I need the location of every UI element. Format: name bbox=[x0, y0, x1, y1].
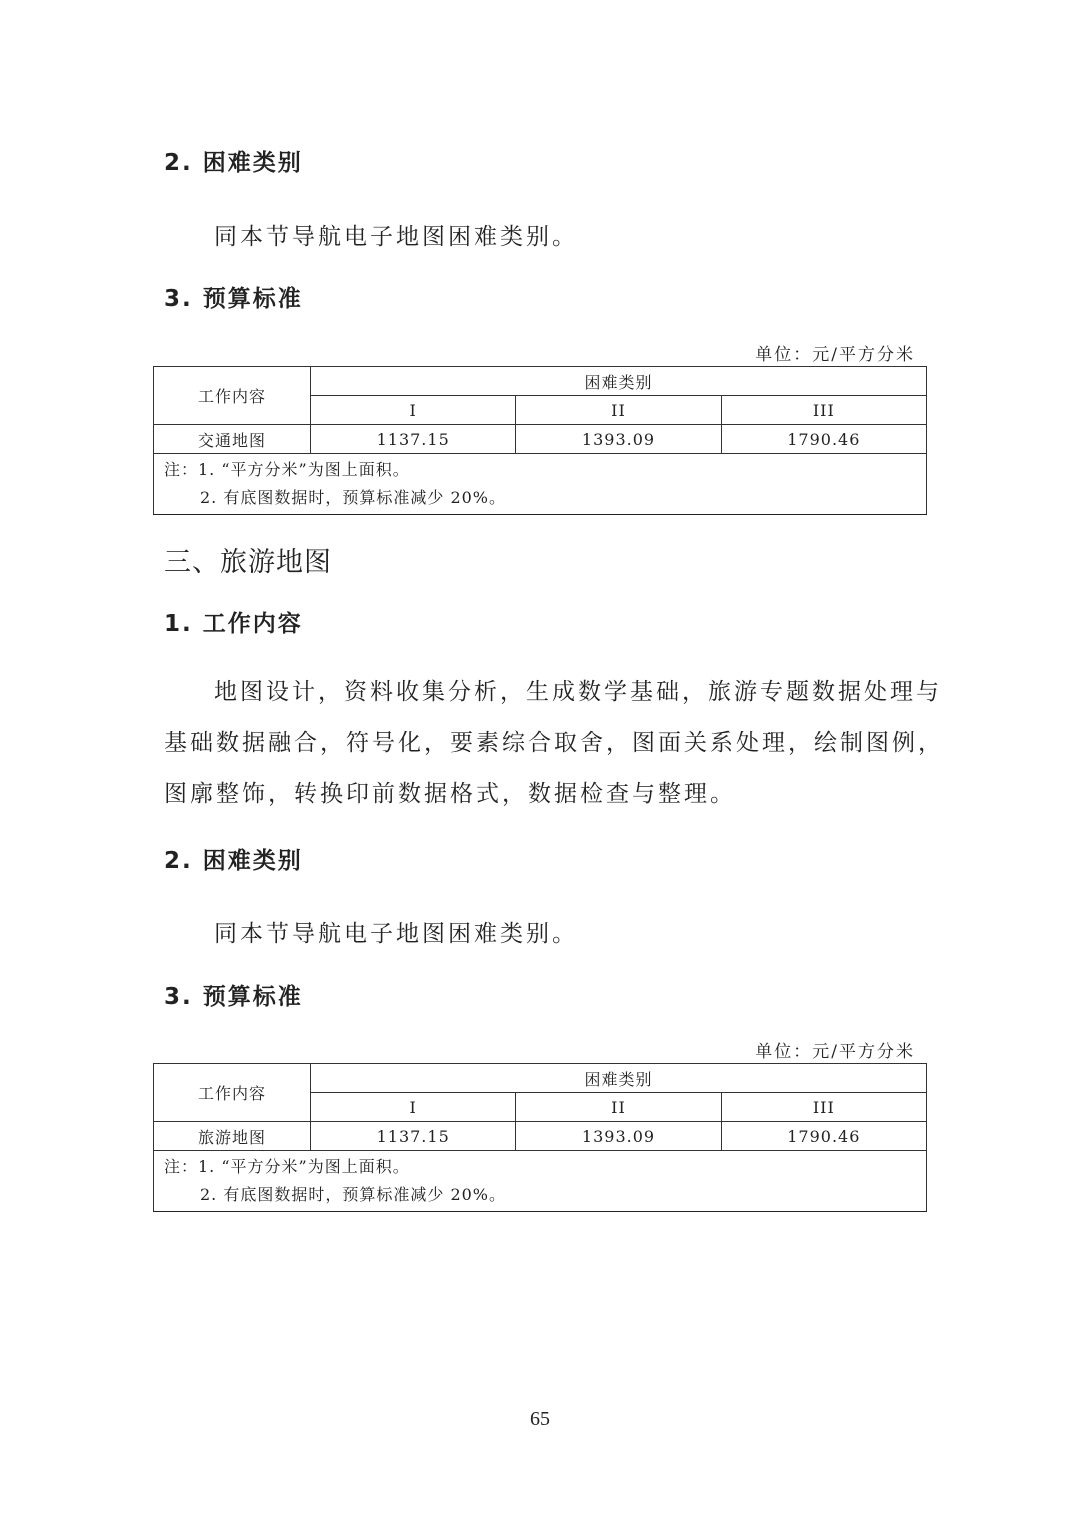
note-1: 注：1. “平方分米”为图上面积。 bbox=[164, 456, 916, 484]
section-heading-difficulty: 2. 困难类别 bbox=[164, 144, 303, 177]
value-level-2: 1393.09 bbox=[516, 425, 721, 454]
header-level-2: II bbox=[516, 396, 721, 425]
value-level-1: 1137.15 bbox=[311, 1122, 516, 1151]
table-row: 交通地图 1137.15 1393.09 1790.46 bbox=[154, 425, 927, 454]
note-1: 注：1. “平方分米”为图上面积。 bbox=[164, 1153, 916, 1181]
table-notes: 注：1. “平方分米”为图上面积。 2. 有底图数据时，预算标准减少 20%。 bbox=[154, 454, 927, 515]
header-work-content: 工作内容 bbox=[154, 1064, 311, 1122]
value-level-3: 1790.46 bbox=[721, 425, 926, 454]
budget-table-tourism: 工作内容 困难类别 I II III 旅游地图 1137.15 1393.09 … bbox=[153, 1063, 927, 1212]
row-label: 旅游地图 bbox=[154, 1122, 311, 1151]
header-difficulty: 困难类别 bbox=[311, 367, 927, 396]
budget-table-traffic: 工作内容 困难类别 I II III 交通地图 1137.15 1393.09 … bbox=[153, 366, 927, 515]
header-difficulty: 困难类别 bbox=[311, 1064, 927, 1093]
section-heading-budget-2: 3. 预算标准 bbox=[164, 978, 303, 1011]
header-level-1: I bbox=[311, 1093, 516, 1122]
work-line-2: 基础数据融合，符号化，要素综合取舍，图面关系处理，绘制图例， bbox=[164, 718, 924, 769]
difficulty-text-2: 同本节导航电子地图困难类别。 bbox=[214, 915, 974, 948]
header-work-content: 工作内容 bbox=[154, 367, 311, 425]
row-label: 交通地图 bbox=[154, 425, 311, 454]
work-paragraph: 地图设计，资料收集分析，生成数学基础，旅游专题数据处理与 基础数据融合，符号化，… bbox=[164, 667, 924, 820]
value-level-2: 1393.09 bbox=[516, 1122, 721, 1151]
section-heading-difficulty-2: 2. 困难类别 bbox=[164, 842, 303, 875]
header-level-3: III bbox=[721, 396, 926, 425]
header-level-3: III bbox=[721, 1093, 926, 1122]
chapter-heading: 三、旅游地图 bbox=[164, 540, 332, 579]
page-number: 65 bbox=[0, 1408, 1080, 1431]
value-level-3: 1790.46 bbox=[721, 1122, 926, 1151]
note-2: 2. 有底图数据时，预算标准减少 20%。 bbox=[164, 1181, 916, 1209]
header-level-1: I bbox=[311, 396, 516, 425]
work-line-3: 图廓整饰，转换印前数据格式，数据检查与整理。 bbox=[164, 769, 924, 820]
section-heading-work: 1. 工作内容 bbox=[164, 605, 303, 638]
section-heading-budget: 3. 预算标准 bbox=[164, 280, 303, 313]
note-2: 2. 有底图数据时，预算标准减少 20%。 bbox=[164, 484, 916, 512]
unit-label-2: 单位：元/平方分米 bbox=[755, 1037, 915, 1062]
header-level-2: II bbox=[516, 1093, 721, 1122]
value-level-1: 1137.15 bbox=[311, 425, 516, 454]
difficulty-text: 同本节导航电子地图困难类别。 bbox=[214, 218, 974, 251]
work-line-1: 地图设计，资料收集分析，生成数学基础，旅游专题数据处理与 bbox=[164, 667, 924, 718]
table-notes: 注：1. “平方分米”为图上面积。 2. 有底图数据时，预算标准减少 20%。 bbox=[154, 1151, 927, 1212]
table-row: 旅游地图 1137.15 1393.09 1790.46 bbox=[154, 1122, 927, 1151]
unit-label: 单位：元/平方分米 bbox=[755, 340, 915, 365]
